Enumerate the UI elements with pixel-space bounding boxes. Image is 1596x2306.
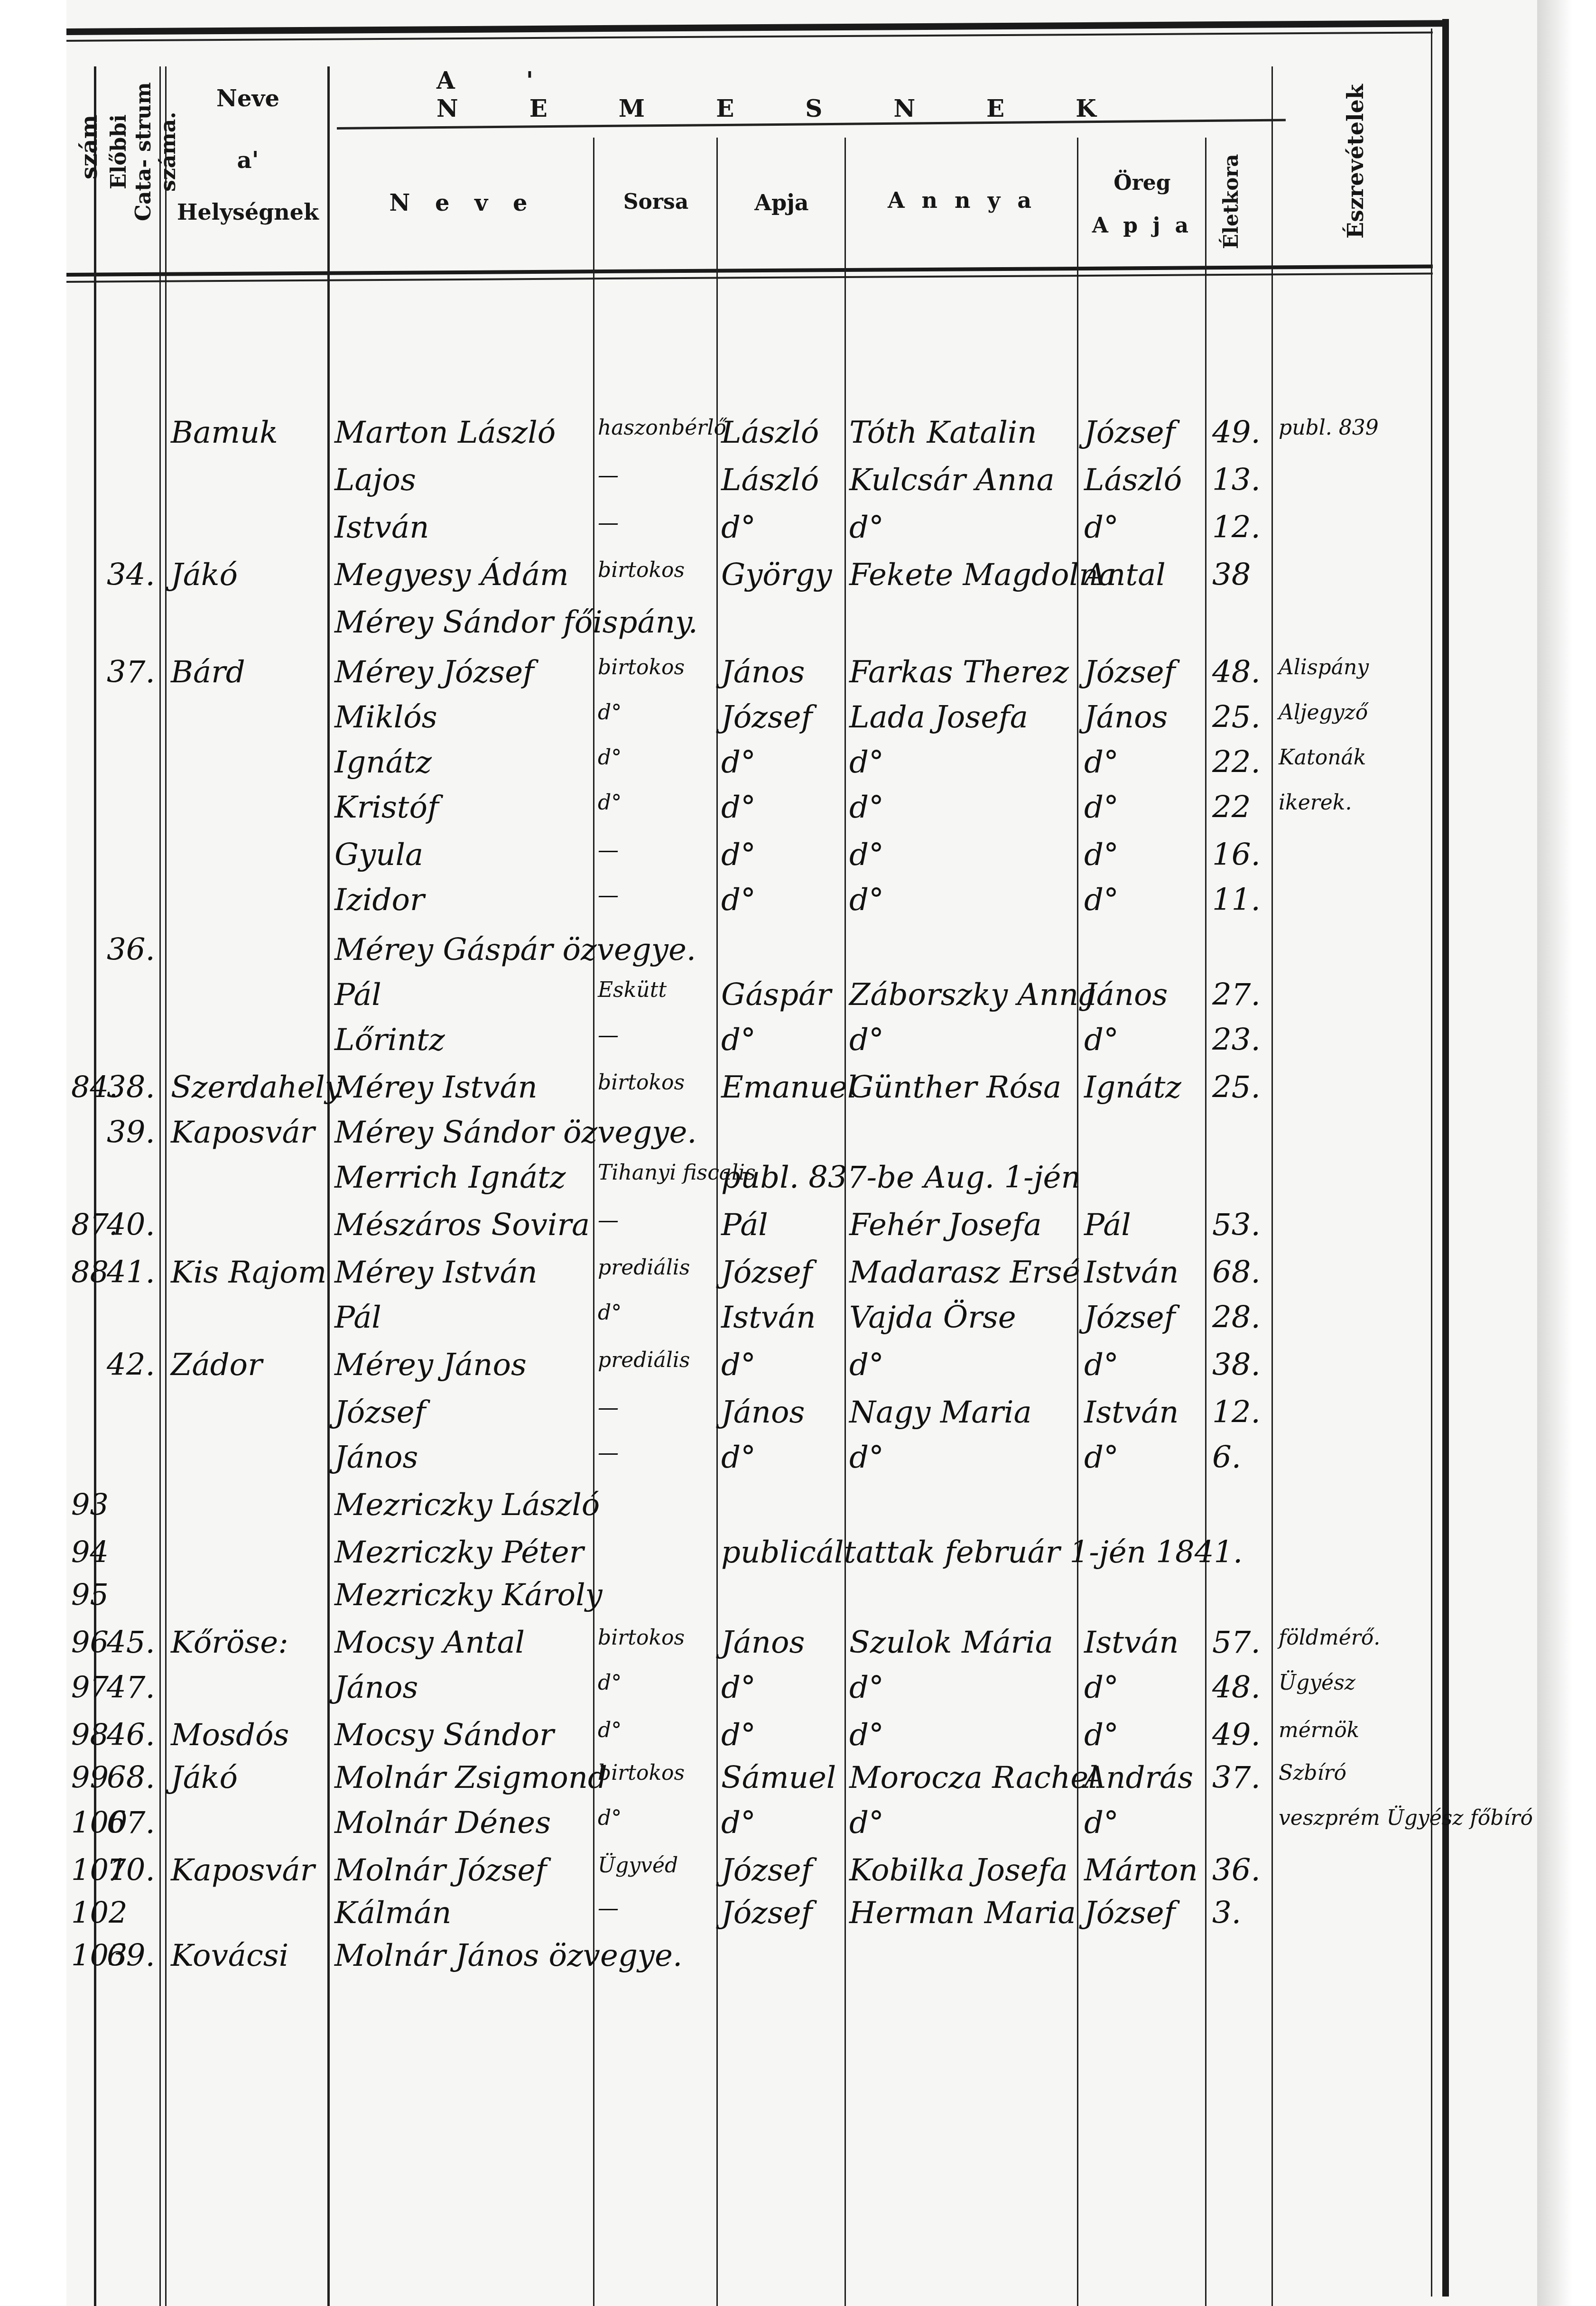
person-name: Kálmán xyxy=(334,1898,452,1928)
row-number: 102 xyxy=(71,1898,127,1927)
father-name: József xyxy=(721,702,812,733)
age: 22 xyxy=(1212,792,1251,823)
mother-name: d° xyxy=(849,747,884,778)
grandfather-name: András xyxy=(1084,1763,1193,1793)
header-col-status: Sorsa xyxy=(595,190,716,214)
person-name: Mérey József xyxy=(334,657,534,688)
mother-name: Fehér Josefa xyxy=(849,1210,1042,1240)
father-name: d° xyxy=(721,885,756,915)
age: 36. xyxy=(1212,1855,1261,1886)
header-place-helysegnek: Helységnek xyxy=(168,199,327,225)
cadastre-number: 41. xyxy=(107,1257,155,1288)
father-name: d° xyxy=(721,1442,756,1473)
person-name: Molnár János özvegye. xyxy=(334,1941,682,1971)
header-col-father: Apja xyxy=(719,190,844,215)
father-name: Emanuel xyxy=(721,1072,857,1103)
person-status: Eskütt xyxy=(598,980,667,1001)
mother-name: d° xyxy=(849,840,884,870)
grandfather-name: László xyxy=(1084,465,1182,495)
grandfather-name: d° xyxy=(1084,1350,1119,1380)
age: 13. xyxy=(1212,465,1261,495)
person-status: — xyxy=(598,512,619,533)
col-divider-name xyxy=(593,138,594,2306)
remark: Szbíró xyxy=(1279,1763,1346,1784)
mother-name: Kobilka Josefa xyxy=(849,1855,1068,1886)
mother-name: Szulok Mária xyxy=(849,1627,1053,1658)
grandfather-name: Pál xyxy=(1084,1210,1131,1240)
mother-name: Nagy Maria xyxy=(849,1397,1032,1428)
person-name: Molnár Dénes xyxy=(334,1808,551,1838)
person-status: birtokos xyxy=(598,560,685,581)
remark: földmérő. xyxy=(1279,1627,1380,1648)
father-name: János xyxy=(721,1397,805,1428)
age: 28. xyxy=(1212,1302,1261,1333)
person-name: János xyxy=(334,1442,418,1473)
person-status: — xyxy=(598,1898,619,1919)
person-name: Mérey Sándor özvegye. xyxy=(334,1117,697,1148)
col-divider-age xyxy=(1271,66,1273,2306)
remark: mérnök xyxy=(1279,1720,1359,1741)
row-number: 95 xyxy=(71,1580,109,1609)
col-divider-grandfather xyxy=(1205,138,1206,2306)
person-status: — xyxy=(598,465,619,486)
father-name: István xyxy=(721,1302,816,1333)
remark: ikerek. xyxy=(1279,792,1352,813)
age: 23. xyxy=(1212,1025,1261,1055)
age: 37. xyxy=(1212,1763,1261,1793)
person-status: Ügyvéd xyxy=(598,1855,678,1876)
grandfather-name: István xyxy=(1084,1257,1178,1288)
header-place-a: a' xyxy=(168,147,327,174)
place-name: Kovácsi xyxy=(171,1941,288,1971)
father-name: publ. 837-be Aug. 1-jén xyxy=(721,1162,1081,1193)
col-divider-cadastre-a xyxy=(159,66,161,2306)
father-name: d° xyxy=(721,1673,756,1703)
mother-name: d° xyxy=(849,1442,884,1473)
age: 49. xyxy=(1212,1720,1261,1750)
row-number: 98 xyxy=(71,1720,109,1749)
right-border-rule xyxy=(1442,19,1449,2297)
grandfather-name: János xyxy=(1084,702,1168,733)
header-col-name: N e v e xyxy=(332,190,593,216)
mother-name: Kulcsár Anna xyxy=(849,465,1055,495)
place-name: Bárd xyxy=(171,657,245,688)
age: 11. xyxy=(1212,885,1261,915)
remark: Ügyész xyxy=(1279,1673,1355,1693)
person-status: haszonbérlő xyxy=(598,418,726,438)
col-divider-place xyxy=(327,66,330,2306)
person-name: Ignátz xyxy=(334,747,432,778)
mother-name: Herman Maria xyxy=(849,1898,1076,1928)
age: 3. xyxy=(1212,1898,1241,1928)
person-status: d° xyxy=(598,1302,622,1323)
person-status: — xyxy=(598,885,619,906)
col-divider-father xyxy=(844,138,846,2306)
age: 53. xyxy=(1212,1210,1261,1240)
person-name: Miklós xyxy=(334,702,437,733)
cadastre-number: 34. xyxy=(107,560,155,590)
person-name: János xyxy=(334,1673,418,1703)
person-status: d° xyxy=(598,747,622,768)
father-name: d° xyxy=(721,747,756,778)
row-number: 88 xyxy=(71,1257,109,1287)
header-col-remarks: Észrevételek xyxy=(1343,76,1368,247)
cadastre-number: 39. xyxy=(107,1117,155,1148)
cadastre-number: 68. xyxy=(107,1763,155,1793)
father-name: János xyxy=(721,657,805,688)
father-name: d° xyxy=(721,1350,756,1380)
grandfather-name: József xyxy=(1084,1302,1175,1333)
cadastre-number: 42. xyxy=(107,1350,155,1380)
person-name: Marton László xyxy=(334,418,556,448)
age: 12. xyxy=(1212,512,1261,543)
grandfather-name: d° xyxy=(1084,840,1119,870)
age: 12. xyxy=(1212,1397,1261,1428)
grandfather-name: János xyxy=(1084,980,1168,1010)
mother-name: Farkas Therez xyxy=(849,657,1069,688)
grandfather-name: d° xyxy=(1084,512,1119,543)
father-name: d° xyxy=(721,1025,756,1055)
grandfather-name: d° xyxy=(1084,1442,1119,1473)
remark: Aljegyző xyxy=(1279,702,1368,723)
place-name: Bamuk xyxy=(171,418,278,448)
mother-name: d° xyxy=(849,1720,884,1750)
mother-name: Lada Josefa xyxy=(849,702,1028,733)
father-name: József xyxy=(721,1257,812,1288)
person-status: d° xyxy=(598,792,622,813)
remark: publ. 839 xyxy=(1279,418,1379,438)
person-name: Mészáros Sovira xyxy=(334,1210,590,1240)
person-status: — xyxy=(598,1442,619,1463)
father-name: György xyxy=(721,560,832,590)
mother-name: d° xyxy=(849,1673,884,1703)
person-status: d° xyxy=(598,1808,622,1829)
grandfather-name: József xyxy=(1084,1898,1175,1928)
place-name: Szerdahely xyxy=(171,1072,342,1103)
cadastre-number: 36. xyxy=(107,935,155,965)
person-name: Lőrintz xyxy=(334,1025,445,1055)
father-name: d° xyxy=(721,512,756,543)
father-name: d° xyxy=(721,1808,756,1838)
person-status: — xyxy=(598,1025,619,1046)
grandfather-name: Antal xyxy=(1084,560,1166,590)
remark: veszprém Ügyész főbíró xyxy=(1279,1808,1533,1829)
mother-name: Morocza Rachel xyxy=(849,1763,1098,1793)
grandfather-name: d° xyxy=(1084,1025,1119,1055)
grandfather-name: d° xyxy=(1084,792,1119,823)
place-name: Zádor xyxy=(171,1350,262,1380)
mother-name: d° xyxy=(849,792,884,823)
mother-name: d° xyxy=(849,1025,884,1055)
person-name: Mérey István xyxy=(334,1257,538,1288)
age: 16. xyxy=(1212,840,1261,870)
place-name: Kőröse: xyxy=(171,1627,288,1658)
age: 38. xyxy=(1212,1350,1261,1380)
header-col-mother: A n n y a xyxy=(847,187,1077,213)
father-name: László xyxy=(721,418,819,448)
row-number: 99 xyxy=(71,1763,109,1792)
age: 38 xyxy=(1212,560,1251,590)
place-name: Mosdós xyxy=(171,1720,289,1750)
father-name: d° xyxy=(721,1720,756,1750)
person-status: d° xyxy=(598,702,622,723)
age: 25. xyxy=(1212,1072,1261,1103)
father-name: Pál xyxy=(721,1210,768,1240)
mother-name: Günther Rósa xyxy=(849,1072,1061,1103)
person-name: Gyula xyxy=(334,840,423,870)
age: 48. xyxy=(1212,657,1261,688)
mother-name: Fekete Magdolna xyxy=(849,560,1116,590)
cadastre-number: 67. xyxy=(107,1808,155,1838)
age: 57. xyxy=(1212,1627,1261,1658)
father-name: József xyxy=(721,1855,812,1886)
father-name: József xyxy=(721,1898,812,1928)
cadastre-number: 69. xyxy=(107,1941,155,1971)
header-group-title: A' NEMESNEK xyxy=(436,66,1338,122)
person-name: Pál xyxy=(334,1302,381,1333)
father-name: Gáspár xyxy=(721,980,831,1010)
grandfather-name: d° xyxy=(1084,885,1119,915)
age: 22. xyxy=(1212,747,1261,778)
col-divider-mother xyxy=(1077,138,1078,2306)
father-name: János xyxy=(721,1627,805,1658)
book-spine xyxy=(1537,0,1596,2306)
row-number: 97 xyxy=(71,1673,109,1702)
person-name: József xyxy=(334,1397,426,1428)
person-name: Mezriczky Károly xyxy=(334,1580,603,1610)
person-status: birtokos xyxy=(598,1072,685,1093)
person-status: — xyxy=(598,840,619,861)
person-name: Molnár Zsigmond xyxy=(334,1763,607,1793)
age: 49. xyxy=(1212,418,1261,448)
mother-name: d° xyxy=(849,1808,884,1838)
person-status: d° xyxy=(598,1720,622,1741)
row-number: 96 xyxy=(71,1627,109,1657)
person-status: prediális xyxy=(598,1350,690,1371)
grandfather-name: d° xyxy=(1084,1808,1119,1838)
grandfather-name: István xyxy=(1084,1397,1178,1428)
grandfather-name: József xyxy=(1084,418,1175,448)
father-name: d° xyxy=(721,792,756,823)
person-name: Izidor xyxy=(334,885,425,915)
place-name: Kaposvár xyxy=(171,1855,315,1886)
cadastre-number: 37. xyxy=(107,657,155,688)
header-place-neve: Neve xyxy=(168,85,327,112)
person-name: Mérey István xyxy=(334,1072,538,1103)
person-status: — xyxy=(598,1210,619,1231)
mother-name: d° xyxy=(849,1350,884,1380)
grandfather-name: d° xyxy=(1084,1673,1119,1703)
age: 25. xyxy=(1212,702,1261,733)
cadastre-number: 47. xyxy=(107,1673,155,1703)
mother-name: d° xyxy=(849,512,884,543)
cadastre-number: 46. xyxy=(107,1720,155,1750)
mother-name: Tóth Katalin xyxy=(849,418,1037,448)
mother-name: d° xyxy=(849,885,884,915)
person-status: birtokos xyxy=(598,1763,685,1784)
remark: Alispány xyxy=(1279,657,1369,678)
col-divider-status xyxy=(716,138,718,2306)
cadastre-number: 45. xyxy=(107,1627,155,1658)
header-rownum-partial: szám xyxy=(76,76,102,218)
person-name: Kristóf xyxy=(334,792,439,823)
remark: Katonák xyxy=(1279,747,1366,768)
father-name: Sámuel xyxy=(721,1763,836,1793)
grandfather-name: Ignátz xyxy=(1084,1072,1181,1103)
person-name: Mérey János xyxy=(334,1350,527,1380)
age: 48. xyxy=(1212,1673,1261,1703)
person-status: birtokos xyxy=(598,657,685,678)
cadastre-number: 40. xyxy=(107,1210,155,1240)
right-border-rule-thin xyxy=(1431,28,1432,2297)
person-name: Mocsy Sándor xyxy=(334,1720,554,1750)
person-name: Pál xyxy=(334,980,381,1010)
cadastre-number: 70. xyxy=(107,1855,155,1886)
place-name: Kis Rajom xyxy=(171,1257,326,1288)
mother-name: Madarasz Ersé xyxy=(849,1257,1080,1288)
father-name: László xyxy=(721,465,819,495)
grandfather-name: d° xyxy=(1084,747,1119,778)
header-col-grandfather-1: Öreg xyxy=(1079,171,1205,195)
age: 6. xyxy=(1212,1442,1241,1473)
col-divider-cadastre-b xyxy=(165,66,167,2306)
person-name: Mezriczky Péter xyxy=(334,1537,584,1568)
person-name: Megyesy Ádám xyxy=(334,560,569,590)
person-name: Lajos xyxy=(334,465,416,495)
age: 68. xyxy=(1212,1257,1261,1288)
age: 27. xyxy=(1212,980,1261,1010)
person-name: Mocsy Antal xyxy=(334,1627,525,1658)
grandfather-name: d° xyxy=(1084,1720,1119,1750)
person-status: prediális xyxy=(598,1257,690,1278)
mother-name: Vajda Örse xyxy=(849,1302,1016,1333)
grandfather-name: Márton xyxy=(1084,1855,1198,1886)
person-name: Merrich Ignátz xyxy=(334,1162,566,1193)
header-col-age: Életkora xyxy=(1219,142,1243,261)
person-name: Molnár József xyxy=(334,1855,547,1886)
person-name: Mérey Gáspár özvegye. xyxy=(334,935,696,965)
father-name: d° xyxy=(721,840,756,870)
person-status: — xyxy=(598,1397,619,1418)
grandfather-name: István xyxy=(1084,1627,1178,1658)
person-name: Mérey Sándor főispány. xyxy=(334,607,698,638)
person-name: Mezriczky László xyxy=(334,1490,600,1520)
place-name: Jákó xyxy=(171,1763,238,1793)
cadastre-number: 38. xyxy=(107,1072,155,1103)
header-col-grandfather-2: A p j a xyxy=(1079,214,1205,238)
father-name: publicáltattak február 1-jén 1841. xyxy=(721,1537,1243,1568)
place-name: Kaposvár xyxy=(171,1117,315,1148)
grandfather-name: József xyxy=(1084,657,1175,688)
person-name: István xyxy=(334,512,429,543)
mother-name: Záborszky Anna xyxy=(849,980,1096,1010)
row-number: 94 xyxy=(71,1537,109,1567)
person-status: d° xyxy=(598,1673,622,1693)
place-name: Jákó xyxy=(171,560,238,590)
person-status: birtokos xyxy=(598,1627,685,1648)
row-number: 93 xyxy=(71,1490,109,1519)
